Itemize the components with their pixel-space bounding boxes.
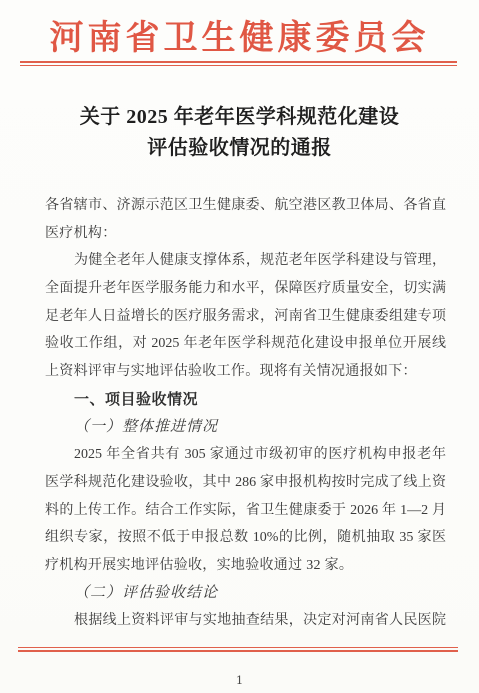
body-line: 各省辖市、济源示范区卫生健康委、航空港区教卫体局、各省直 [45, 192, 446, 220]
page-number: 1 [0, 673, 479, 687]
section-heading: 一、项目验收情况 [45, 386, 446, 414]
document-title-line2: 评估验收情况的通报 [0, 133, 479, 164]
body-line: 根据线上资料评审与实地抽查结果，决定对河南省人民医院 [45, 607, 446, 635]
sub-section-heading: （一）整体推进情况 [45, 414, 446, 442]
footer-divider-line [18, 647, 458, 652]
document-page: 河南省卫生健康委员会 关于 2025 年老年医学科规范化建设 评估验收情况的通报… [0, 0, 479, 693]
body-line: 疗机构开展实地评估验收，实地验收通过 32 家。 [45, 552, 446, 580]
body-line: 医疗机构： [45, 220, 446, 248]
body-line: 验收工作组，对 2025 年老年医学科规范化建设申报单位开展线 [45, 330, 446, 358]
body-line: 医学科规范化建设验收，其中 286 家申报机构按时完成了线上资 [45, 469, 446, 497]
issuing-agency-title: 河南省卫生健康委员会 [0, 10, 479, 59]
header-divider-line [20, 61, 457, 66]
body-line: 为健全老年人健康支撑体系，规范老年医学科建设与管理， [45, 247, 446, 275]
body-line: 2025 年全省共有 305 家通过市级初审的医疗机构申报老年 [45, 441, 446, 469]
document-body: 各省辖市、济源示范区卫生健康委、航空港区教卫体局、各省直医疗机构：为健全老年人健… [45, 192, 446, 635]
body-line: 料的上传工作。结合工作实际，省卫生健康委于 2026 年 1—2 月 [45, 497, 446, 525]
body-line: 全面提升老年医学服务能力和水平，保障医疗质量安全，切实满 [45, 275, 446, 303]
body-line: 组织专家，按照不低于申报总数 10%的比例，随机抽取 35 家医 [45, 524, 446, 552]
sub-section-heading: （二）评估验收结论 [45, 580, 446, 608]
body-line: 上资料评审与实地评估验收工作。现将有关情况通报如下： [45, 358, 446, 386]
body-line: 足老年人日益增长的医疗服务需求，河南省卫生健康委组建专项 [45, 303, 446, 331]
document-title: 关于 2025 年老年医学科规范化建设 评估验收情况的通报 [0, 102, 479, 163]
document-title-line1: 关于 2025 年老年医学科规范化建设 [0, 102, 479, 133]
